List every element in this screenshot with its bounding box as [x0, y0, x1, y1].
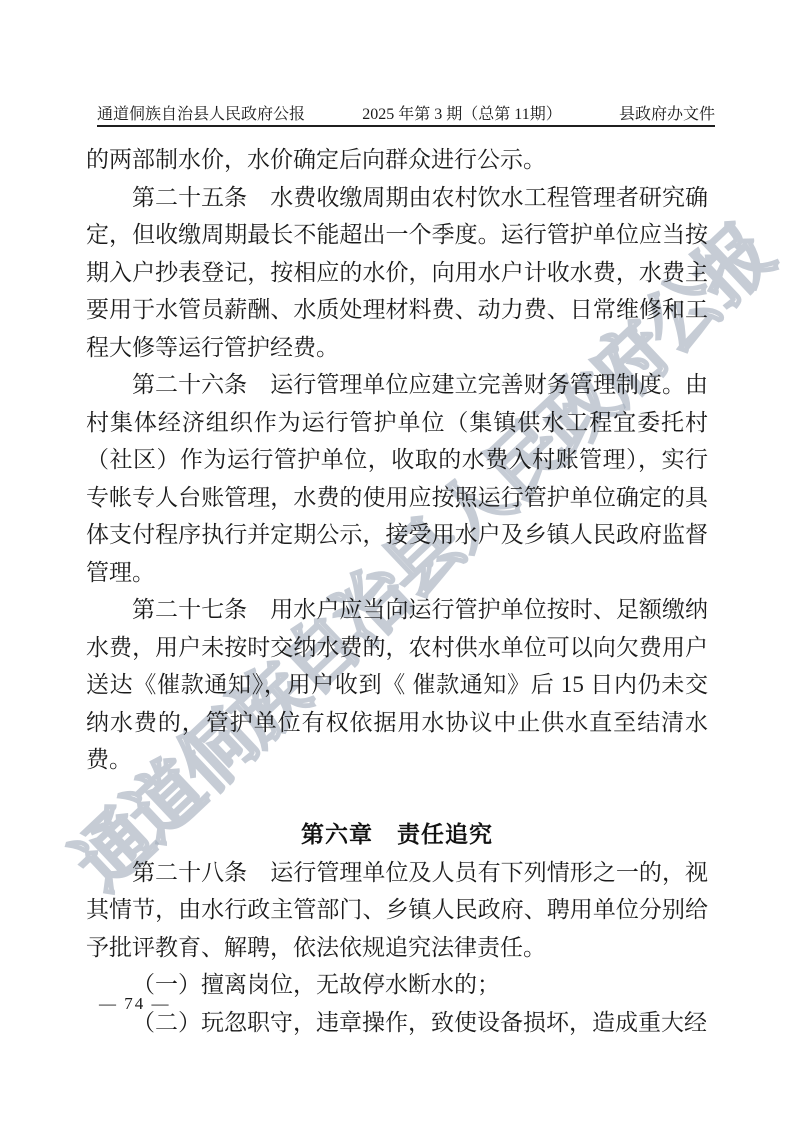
gazette-page: 通道侗族自治县人民政府公报 通道侗族自治县人民政府公报 2025 年第 3 期（… [0, 0, 793, 1122]
header-rule [97, 125, 715, 127]
page-header: 通道侗族自治县人民政府公报 2025 年第 3 期（总第 11期） 县政府办文件 [97, 101, 715, 124]
chapter-heading: 第六章 责任追究 [86, 816, 708, 854]
page-number: — 74 — [99, 994, 171, 1013]
paragraph-item-2: （二）玩忽职守，违章操作，致使设备损坏，造成重大经 [86, 1004, 708, 1042]
paragraph-item-1: （一）擅离岗位，无故停水断水的； [86, 966, 708, 1004]
paragraph-article-25: 第二十五条 水费收缴周期由农村饮水工程管理者研究确定，但收缴周期最长不能超出一个… [86, 179, 708, 367]
paragraph-article-27: 第二十七条 用水户应当向运行管护单位按时、足额缴纳水费，用户未按时交纳水费的，农… [86, 591, 708, 779]
page-footer: — 74 — [99, 994, 171, 1014]
header-issue-info: 2025 年第 3 期（总第 11期） [362, 101, 561, 124]
paragraph-continuation: 的两部制水价，水价确定后向群众进行公示。 [86, 141, 708, 179]
header-doc-category: 县政府办文件 [619, 101, 715, 124]
document-body: 的两部制水价，水价确定后向群众进行公示。 第二十五条 水费收缴周期由农村饮水工程… [86, 141, 708, 1041]
paragraph-article-28: 第二十八条 运行管理单位及人员有下列情形之一的，视其情节，由水行政主管部门、乡镇… [86, 854, 708, 967]
paragraph-article-26: 第二十六条 运行管理单位应建立完善财务管理制度。由村集体经济组织作为运行管护单位… [86, 366, 708, 591]
header-publication-title: 通道侗族自治县人民政府公报 [97, 101, 305, 124]
